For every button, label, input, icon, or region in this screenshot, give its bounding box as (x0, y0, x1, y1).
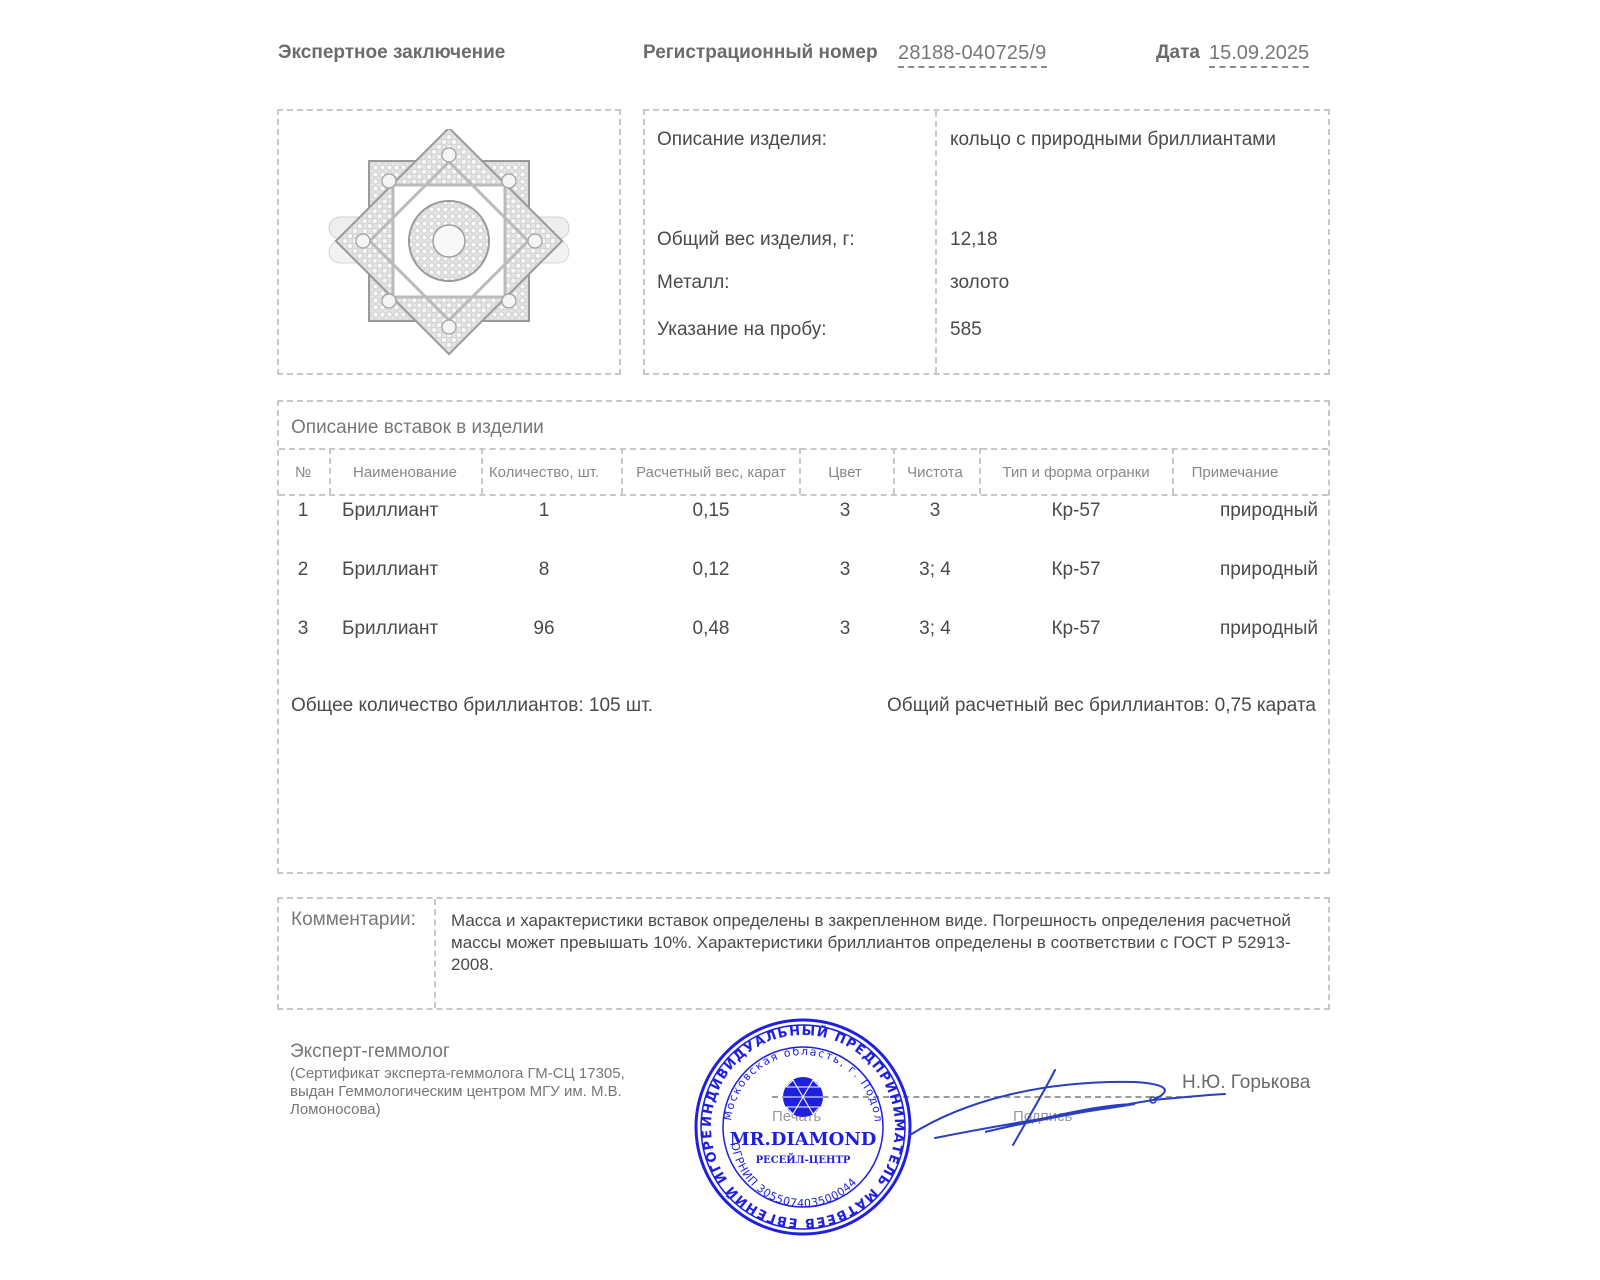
column-header: Тип и форма огранки (986, 464, 1166, 481)
date-label: Дата (1156, 42, 1200, 64)
weight-label: Общий вес изделия, г: (657, 229, 855, 251)
inserts-panel: Описание вставок в изделии №Наименование… (277, 400, 1330, 874)
table-cell: природный (1220, 500, 1318, 522)
table-cell: Кр-57 (1016, 618, 1136, 640)
table-cell: 8 (484, 559, 604, 581)
table-cell: Бриллиант (342, 559, 438, 581)
table-header-top-border (279, 448, 1328, 450)
stamp-brand-sub: РЕСЕЙЛ-ЦЕНТР (756, 1153, 851, 1166)
total-weight: Общий расчетный вес бриллиантов: 0,75 ка… (887, 695, 1316, 717)
ring-photo (319, 129, 579, 359)
table-cell: 96 (484, 618, 604, 640)
table-header-bottom-border (279, 494, 1328, 496)
registration-label: Регистрационный номер (643, 42, 878, 64)
comments-text: Масса и характеристики вставок определен… (451, 910, 1326, 976)
inserts-title: Описание вставок в изделии (291, 417, 544, 439)
info-divider (935, 111, 937, 373)
product-photo-frame (277, 109, 621, 375)
hallmark-value: 585 (950, 319, 982, 341)
document-title: Экспертное заключение (278, 42, 505, 64)
registration-number: 28188-040725/9 (898, 42, 1047, 68)
product-info-panel: Описание изделия: кольцо с природными бр… (643, 109, 1330, 375)
date-value: 15.09.2025 (1209, 42, 1309, 68)
table-cell: Бриллиант (342, 618, 438, 640)
metal-label: Металл: (657, 272, 729, 294)
column-header: Количество, шт. (454, 464, 634, 481)
table-cell: Кр-57 (1016, 559, 1136, 581)
table-cell: 0,15 (651, 500, 771, 522)
table-cell: природный (1220, 559, 1318, 581)
table-cell: 3 (875, 500, 995, 522)
description-value: кольцо с природными бриллиантами (950, 129, 1276, 151)
metal-value: золото (950, 272, 1009, 294)
column-header: Примечание (1145, 464, 1325, 481)
table-cell: 1 (484, 500, 604, 522)
table-cell: Бриллиант (342, 500, 438, 522)
description-label: Описание изделия: (657, 129, 827, 151)
weight-value: 12,18 (950, 229, 998, 251)
comments-divider (434, 899, 436, 1008)
table-cell: природный (1220, 618, 1318, 640)
total-count: Общее количество бриллиантов: 105 шт. (291, 695, 653, 717)
comments-panel: Комментарии: Масса и характеристики вста… (277, 897, 1330, 1010)
table-cell: 0,12 (651, 559, 771, 581)
hallmark-label: Указание на пробу: (657, 319, 827, 341)
comments-label: Комментарии: (291, 909, 416, 931)
table-cell: 3; 4 (875, 559, 995, 581)
table-cell: 0,48 (651, 618, 771, 640)
expert-title: Эксперт-геммолог (290, 1041, 450, 1063)
stamp-brand: MR.DIAMOND (730, 1129, 877, 1150)
table-cell: Кр-57 (1016, 500, 1136, 522)
handwritten-signature (905, 1060, 1235, 1150)
expert-details: (Сертификат эксперта-геммолога ГМ-СЦ 173… (290, 1065, 670, 1119)
company-stamp: ИНДИВИДУАЛЬНЫЙ ПРЕДПРИНИМАТЕЛЬ МАТВЕЕВ Е… (693, 1017, 913, 1237)
table-cell: 3; 4 (875, 618, 995, 640)
